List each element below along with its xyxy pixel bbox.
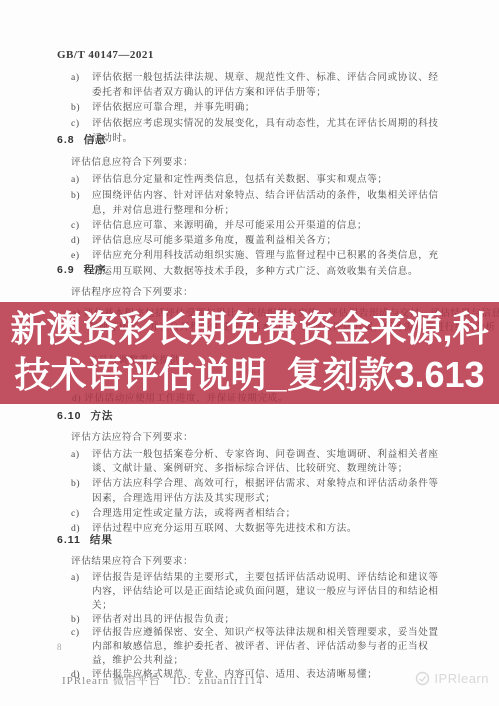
- section-lead: 评估信息应符合下列要求：: [71, 155, 447, 170]
- section-title: 方法: [90, 410, 113, 422]
- section-heading-6-10: 6.10方法: [57, 409, 447, 424]
- section-number: 6.10: [57, 410, 81, 422]
- list-item: a) 评估信息分定量和定性两类信息，包括有关数据、事实和观点等；: [71, 172, 447, 187]
- page-number: 8: [57, 642, 62, 652]
- list-item: b) 评估方法应科学合理、高效可行，根据评估需求、对象特点和评估活动条件等因素，…: [71, 477, 447, 507]
- item-label: a): [71, 172, 92, 187]
- item-label: b): [71, 188, 92, 218]
- section-heading-6-11: 6.11结果: [57, 534, 447, 548]
- item-text: 评估方法一般包括案卷分析、专家咨询、问卷调查、实地调研、利益相关者座谈、文献计量…: [92, 448, 447, 478]
- standard-number: GB/T 40147—2021: [57, 49, 154, 61]
- section-6-10: 6.10方法 评估方法应符合下列要求： a) 评估方法一般包括案卷分析、专家咨询…: [57, 409, 447, 536]
- item-label: b): [71, 477, 92, 507]
- section-title: 结果: [90, 534, 113, 546]
- section-number: 6.11: [57, 534, 81, 546]
- banner-text-line-2: 技术语评估说明_复刻款3.613: [0, 353, 499, 397]
- list-item: d) 评估信息应尽可能多渠道多角度，覆盖利益相关各方；: [71, 233, 447, 248]
- banner-text-line-1: 新澳资彩长期免费资金来源,科: [0, 307, 499, 351]
- document-page: GB/T 40147—2021 a) 评估依据一般包括法律法规、规章、规范性文件…: [0, 0, 499, 706]
- list-item: b) 评估依据应可靠合理，并事先明确；: [71, 100, 447, 115]
- item-text: 评估信息分定量和定性两类信息，包括有关数据、事实和观点等；: [92, 172, 447, 187]
- item-label: a): [71, 70, 92, 100]
- section-6-9: 6.9程序 评估程序应符合下列要求：: [57, 263, 447, 302]
- section-lead: 评估程序应符合下列要求：: [71, 285, 447, 300]
- item-text: 评估信息应可靠、来源明确，并尽可能采用公开渠道的信息；: [92, 218, 447, 233]
- section-number: 6.8: [57, 134, 75, 146]
- iprlearn-logo-icon: [415, 671, 430, 686]
- item-label: a): [71, 571, 92, 613]
- list-item: b) 评估者对出具的评估报告负责；: [71, 613, 447, 627]
- item-label: c): [71, 507, 92, 522]
- item-text: 评估依据应可靠合理，并事先明确；: [92, 100, 447, 115]
- item-text: 评估报告是评估结果的主要形式，主要包括评估活动说明、评估结论和建议等内容，评估结…: [92, 571, 447, 613]
- item-text: 评估者对出具的评估报告负责；: [92, 613, 447, 627]
- item-label: b): [71, 613, 92, 627]
- item-label: b): [71, 100, 92, 115]
- section-title: 信息: [84, 134, 107, 146]
- section-heading-6-8: 6.8信息: [57, 133, 447, 148]
- item-label: a): [71, 448, 92, 478]
- item-text: 评估依据一般包括法律法规、规章、规范性文件、标准、评估合同或协议、经委托者和评估…: [92, 70, 447, 100]
- watermark-label: IPRlearn: [434, 671, 489, 686]
- section-lead: 评估结果应符合下列要求：: [71, 555, 447, 569]
- iprlearn-watermark: IPRlearn: [415, 671, 489, 686]
- promo-banner-overlay: a) 评估基本程序包括评估受理与设计、评估组织与实施、评估报告形成与交付、评估结…: [0, 302, 499, 404]
- section-number: 6.9: [57, 264, 75, 276]
- list-item: c) 评估信息应可靠、来源明确，并尽可能采用公开渠道的信息；: [71, 218, 447, 233]
- list-item: a) 评估报告是评估结果的主要形式，主要包括评估活动说明、评估结论和建议等内容，…: [71, 571, 447, 613]
- footer-platform-text: IPRlearn 微信平台 ID：zhuanli1114: [62, 672, 263, 688]
- list-item: c) 合理选用定性或定量方法，或将两者相结合；: [71, 507, 447, 522]
- item-label: c): [71, 218, 92, 233]
- item-text: 评估方法应科学合理、高效可行，根据评估需求、对象特点和评估活动条件等因素，合理选…: [92, 477, 447, 507]
- list-item: b) 应围绕评估内容、针对评估对象特点、结合评估活动的条件，收集相关评估信息，并…: [71, 188, 447, 218]
- section-lead: 评估方法应符合下列要求：: [71, 431, 447, 446]
- item-text: 评估信息应尽可能多渠道多角度，覆盖利益相关各方；: [92, 233, 447, 248]
- section-6-11: 6.11结果 评估结果应符合下列要求： a) 评估报告是评估结果的主要形式，主要…: [57, 534, 447, 682]
- list-item: a) 评估方法一般包括案卷分析、专家咨询、问卷调查、实地调研、利益相关者座谈、文…: [71, 448, 447, 478]
- item-text: 评估报告应遵循保密、安全、知识产权等法律法规和相关管理要求，妥当处置内部和敏感信…: [92, 626, 447, 668]
- item-text: 应围绕评估内容、针对评估对象特点、结合评估活动的条件，收集相关评估信息，并对信息…: [92, 188, 447, 218]
- list-item: c) 评估报告应遵循保密、安全、知识产权等法律法规和相关管理要求，妥当处置内部和…: [71, 626, 447, 668]
- section-title: 程序: [84, 264, 107, 276]
- item-text: 合理选用定性或定量方法，或将两者相结合；: [92, 507, 447, 522]
- section-6-8: 6.8信息 评估信息应符合下列要求： a) 评估信息分定量和定性两类信息，包括有…: [57, 133, 447, 279]
- section-heading-6-9: 6.9程序: [57, 263, 447, 278]
- list-item: a) 评估依据一般包括法律法规、规章、规范性文件、标准、评估合同或协议、经委托者…: [71, 70, 447, 100]
- item-label: c): [71, 626, 92, 668]
- item-label: d): [71, 233, 92, 248]
